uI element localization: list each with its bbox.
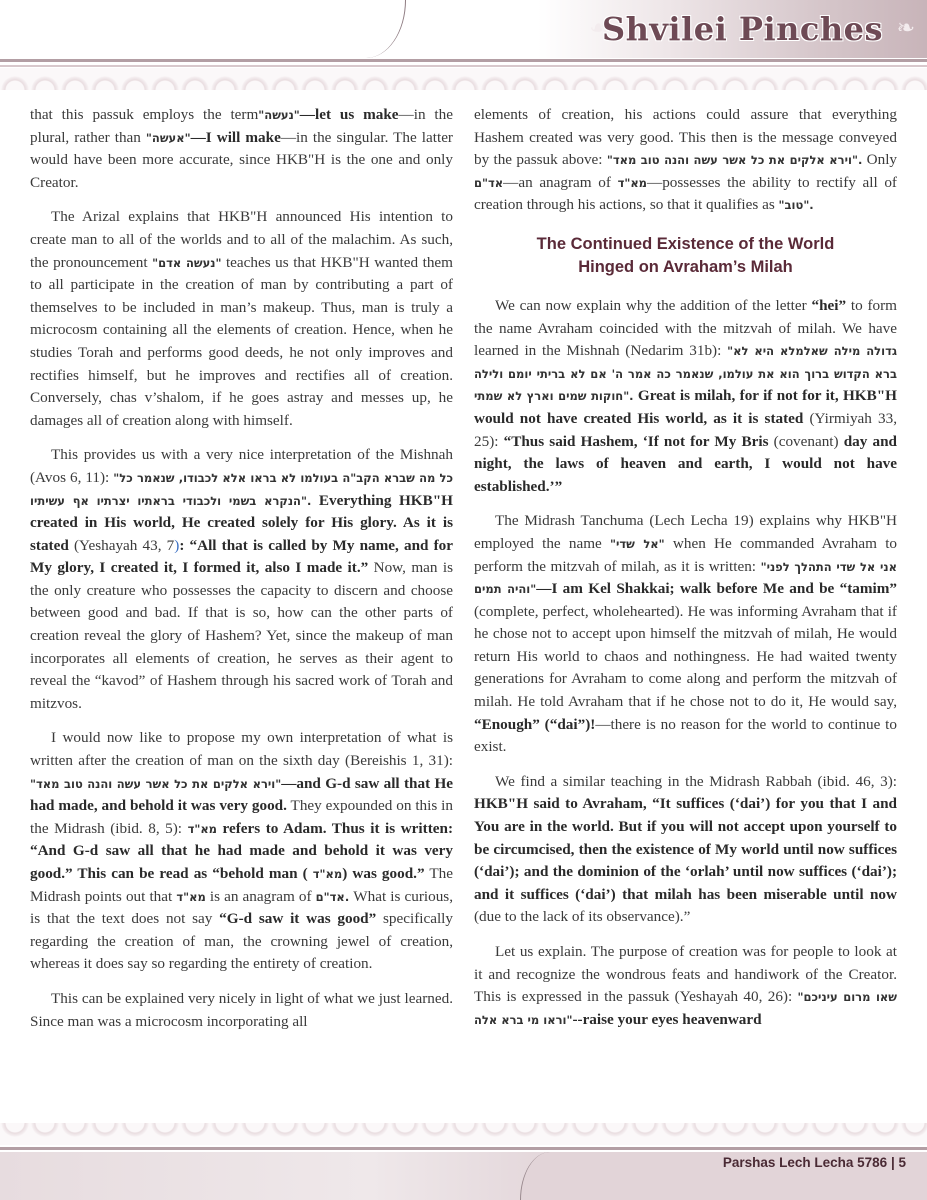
header-ornament-border (0, 68, 927, 90)
paragraph: Let us explain. The purpose of creation … (474, 941, 897, 1031)
footer-rule (0, 1147, 927, 1150)
publication-title: Shvilei Pinches (602, 10, 883, 48)
bold-text: --raise your eyes heavenward (572, 1011, 761, 1028)
header-rule-thin (0, 65, 927, 67)
section-heading: The Continued Existence of the World Hin… (474, 233, 897, 279)
page-header: ☙ Shvilei Pinches ❧ (0, 0, 927, 100)
paragraph: elements of creation, his actions could … (474, 104, 897, 217)
bold-text: “G-d saw it was good” (219, 910, 376, 927)
page-number: 5 (898, 1155, 906, 1170)
paragraph: We can now explain why the addition of t… (474, 295, 897, 498)
bold-text: “hei” (811, 297, 846, 314)
text: —an anagram of (503, 174, 617, 191)
text: Only (862, 151, 897, 168)
hebrew-text: מא"ד (618, 176, 647, 190)
text: This can be explained very nicely in lig… (30, 990, 453, 1030)
hebrew-text: "נעשה" (258, 108, 300, 122)
hebrew-text: "אל שדי" (610, 537, 665, 551)
left-column: that this passuk employs the term"נעשה"—… (30, 104, 453, 1045)
text: I would now like to propose my own inter… (30, 729, 453, 769)
text: teaches us that HKB"H wanted them to all… (30, 254, 453, 429)
hebrew-text: אד"ם. (316, 890, 350, 904)
hebrew-text: "וירא אלקים את כל אשר עשה והנה טוב מאד" (30, 777, 281, 791)
footer-separator: | (887, 1155, 898, 1170)
text: (complete, perfect, wholehearted). He wa… (474, 603, 897, 710)
hebrew-text: "טוב". (779, 198, 814, 212)
bold-text: “Thus said Hashem, ‘If not for My Bris (504, 433, 769, 450)
flourish-right-icon: ❧ (897, 16, 915, 41)
paragraph: This provides us with a very nice interp… (30, 444, 453, 715)
hebrew-text: מא"ד (188, 822, 217, 836)
bold-text: —I will make (191, 129, 281, 146)
paragraph: The Arizal explains that HKB"H announced… (30, 206, 453, 432)
parsha-label: Parshas Lech Lecha 5786 (723, 1155, 887, 1170)
paragraph: This can be explained very nicely in lig… (30, 988, 453, 1033)
text: We find a similar teaching in the Midras… (495, 773, 897, 790)
header-rule (0, 59, 927, 62)
hebrew-text: "אעשה" (146, 131, 191, 145)
bold-text: —I am Kel Shakkai; walk before Me and be… (536, 580, 897, 597)
section-heading-line: Hinged on Avraham’s Milah (474, 256, 897, 279)
header-curve (0, 0, 406, 58)
paragraph: We find a similar teaching in the Midras… (474, 771, 897, 929)
bold-text: HKB"H said to Avraham, “It suffices (‘da… (474, 795, 897, 902)
text: is an anagram of (206, 888, 316, 905)
paragraph: that this passuk employs the term"נעשה"—… (30, 104, 453, 194)
text: (covenant) (769, 433, 844, 450)
hebrew-text: מא"ד (313, 867, 342, 881)
section-heading-line: The Continued Existence of the World (474, 233, 897, 256)
hebrew-text: מא"ד (176, 890, 205, 904)
citation: (Yeshayah 43, 7 (69, 537, 174, 554)
right-column: elements of creation, his actions could … (474, 104, 897, 1043)
text: We can now explain why the addition of t… (495, 297, 811, 314)
paragraph: The Midrash Tanchuma (Lech Lecha 19) exp… (474, 510, 897, 759)
hebrew-text: "וירא אלקים את כל אשר עשה והנה טוב מאד". (607, 153, 863, 167)
hebrew-text: "נעשה אדם" (152, 256, 221, 270)
text: (due to the lack of its observance).” (474, 908, 690, 925)
paragraph: I would now like to propose my own inter… (30, 727, 453, 976)
bold-text: “Enough” (“dai”)! (474, 716, 595, 733)
footer-ornament-border (0, 1123, 927, 1145)
bold-text: —let us make (300, 106, 399, 123)
page-footer: Parshas Lech Lecha 5786 | 5 (723, 1155, 906, 1170)
text: Now, man is the only creature who posses… (30, 559, 453, 712)
hebrew-text: אד"ם (474, 176, 503, 190)
bold-text: ) was good.” (342, 865, 424, 882)
text: that this passuk employs the term (30, 106, 258, 123)
